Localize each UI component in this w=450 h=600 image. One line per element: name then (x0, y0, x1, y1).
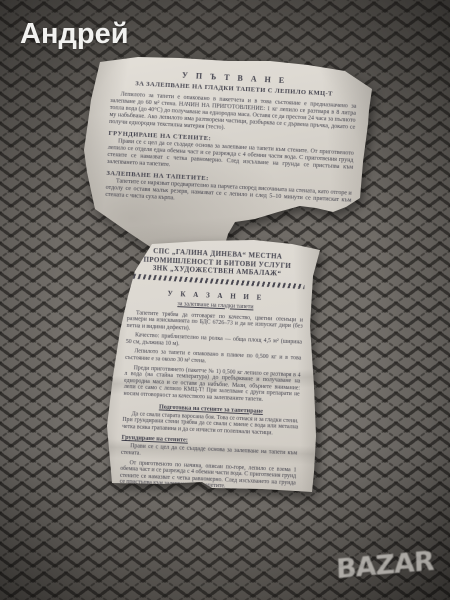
bottom-document-paragraph-4: Преди приготвянето (пакетче № 1) 0,500 к… (123, 365, 300, 406)
bottom-document: СПС „ГАЛИНА ДИНЕВА“ МЕСТНА ПРОМИШЛЕНОСТ … (102, 236, 320, 498)
bottom-document-paper: СПС „ГАЛИНА ДИНЕВА“ МЕСТНА ПРОМИШЛЕНОСТ … (102, 236, 320, 498)
watermark-username: Андрей (20, 18, 129, 51)
bottom-document-paragraph-7: От приготвеното по начина, описан по-гор… (120, 459, 297, 493)
top-document-paper: У П Ъ Т В А Н Е ЗА ЗАЛЕПВАНЕ НА ГЛАДКИ Т… (78, 52, 376, 254)
photo-background: У П Ъ Т В А Н Е ЗА ЗАЛЕПВАНЕ НА ГЛАДКИ Т… (0, 0, 450, 600)
top-document: У П Ъ Т В А Н Е ЗА ЗАЛЕПВАНЕ НА ГЛАДКИ Т… (78, 52, 376, 254)
